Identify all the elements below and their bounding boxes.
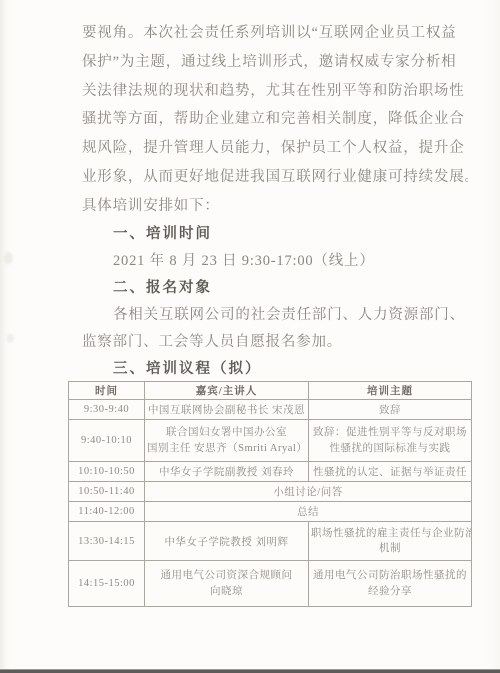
agenda-time-cell: 13:30-14:15	[69, 522, 145, 561]
intro-line: 骚扰等方面，帮助企业建立和完善相关制度，降低企业合	[82, 105, 468, 134]
agenda-row: 14:15-15:00 通用电气公司资深合规顾问 向晓琼 通用电气公司防治职场性…	[69, 561, 472, 607]
agenda-row: 9:40-10:10 联合国妇女署中国办公室 国别主任 安思齐（Smriti A…	[69, 420, 472, 462]
section-heading-training-time: 一、培训时间	[82, 221, 468, 248]
intro-line: 保护”为主题，通过线上培训形式，邀请权威专家分析相	[82, 48, 468, 77]
topic-line: 职场性骚扰的雇主责任与企业防治	[311, 526, 469, 542]
intro-line: 关法律法规的现状和趋势，尤其在性别平等和防治职场性	[82, 77, 468, 106]
agenda-speaker-cell: 中华女子学院副教授 刘春玲	[145, 462, 309, 482]
agenda-time-cell: 9:40-10:10	[69, 420, 145, 462]
agenda-row: 10:50-11:40 小组讨论/问答	[69, 482, 472, 502]
agenda-time-cell: 14:15-15:00	[69, 561, 145, 607]
training-time-value: 2021 年 8 月 23 日 9:30-17:00（线上）	[82, 248, 468, 275]
agenda-merged-cell: 总结	[145, 502, 472, 522]
scan-smudge	[4, 252, 13, 264]
agenda-row: 13:30-14:15 中华女子学院教授 刘明辉 职场性骚扰的雇主责任与企业防治…	[69, 522, 472, 561]
agenda-time-cell: 10:50-11:40	[69, 482, 145, 502]
registration-target-line: 各相关互联网公司的社会责任部门、人力资源部门、	[82, 302, 468, 329]
section-heading-agenda: 三、培训议程（拟）	[82, 356, 468, 383]
intro-line: 具体培训安排如下：	[82, 192, 468, 221]
agenda-topic-cell: 通用电气公司防治职场性骚扰的 经验分享	[309, 561, 472, 607]
speaker-column-header: 嘉宾/主讲人	[145, 382, 309, 400]
scan-smudge	[7, 334, 14, 343]
topic-line: 经验分享	[311, 584, 469, 600]
agenda-topic-cell: 性骚扰的认定、证据与举证责任	[309, 462, 472, 482]
document-body-text: 要视角。本次社会责任系列培训以“互联网企业员工权益 保护”为主题，通过线上培训形…	[82, 19, 468, 383]
agenda-time-cell: 11:40-12:00	[69, 502, 145, 522]
training-agenda-table-wrapper: 时间 嘉宾/主讲人 培训主题 9:30-9:40 中国互联网协会副秘书长 宋茂恩…	[68, 381, 472, 607]
topic-line: 性骚扰的国际标准与实践	[311, 441, 469, 457]
scan-left-edge-artifact	[0, 0, 5, 673]
agenda-row: 10:10-10:50 中华女子学院副教授 刘春玲 性骚扰的认定、证据与举证责任	[69, 462, 472, 482]
agenda-time-cell: 10:10-10:50	[69, 462, 145, 482]
agenda-topic-cell: 致辞：促进性别平等与反对职场 性骚扰的国际标准与实践	[309, 420, 472, 462]
topic-line: 机制	[311, 541, 469, 557]
scanned-document-page: 要视角。本次社会责任系列培训以“互联网企业员工权益 保护”为主题，通过线上培训形…	[0, 0, 500, 673]
speaker-line: 联合国妇女署中国办公室	[147, 425, 306, 441]
agenda-row: 9:30-9:40 中国互联网协会副秘书长 宋茂恩 致辞	[69, 400, 472, 420]
scan-bottom-edge-artifact	[0, 669, 500, 673]
topic-line: 致辞：促进性别平等与反对职场	[311, 425, 469, 441]
time-column-header: 时间	[69, 382, 145, 400]
intro-line: 规风险，提升管理人员能力，保护员工个人权益，提升企	[82, 134, 468, 163]
intro-line: 业形象，从而更好地促进我国互联网行业健康可持续发展。	[82, 163, 468, 192]
topic-line: 通用电气公司防治职场性骚扰的	[311, 568, 469, 584]
agenda-row: 11:40-12:00 总结	[69, 502, 472, 522]
agenda-merged-cell: 小组讨论/问答	[145, 482, 472, 502]
agenda-speaker-cell: 中华女子学院教授 刘明辉	[145, 522, 309, 561]
training-agenda-table: 时间 嘉宾/主讲人 培训主题 9:30-9:40 中国互联网协会副秘书长 宋茂恩…	[68, 381, 472, 607]
agenda-speaker-cell: 通用电气公司资深合规顾问 向晓琼	[145, 561, 309, 607]
intro-line: 要视角。本次社会责任系列培训以“互联网企业员工权益	[82, 19, 468, 48]
agenda-time-cell: 9:30-9:40	[69, 400, 145, 420]
registration-target-line: 监察部门、工会等人员自愿报名参加。	[82, 329, 468, 356]
speaker-line: 国别主任 安思齐（Smriti Aryal）	[147, 441, 306, 457]
topic-column-header: 培训主题	[309, 382, 472, 400]
section-heading-registration-target: 二、报名对象	[82, 275, 468, 302]
agenda-speaker-cell: 中国互联网协会副秘书长 宋茂恩	[145, 400, 309, 420]
agenda-topic-cell: 职场性骚扰的雇主责任与企业防治 机制	[309, 522, 472, 561]
agenda-topic-cell: 致辞	[309, 400, 472, 420]
speaker-line: 向晓琼	[147, 584, 306, 600]
speaker-line: 通用电气公司资深合规顾问	[147, 568, 306, 584]
agenda-header-row: 时间 嘉宾/主讲人 培训主题	[69, 382, 472, 400]
agenda-speaker-cell: 联合国妇女署中国办公室 国别主任 安思齐（Smriti Aryal）	[145, 420, 309, 462]
